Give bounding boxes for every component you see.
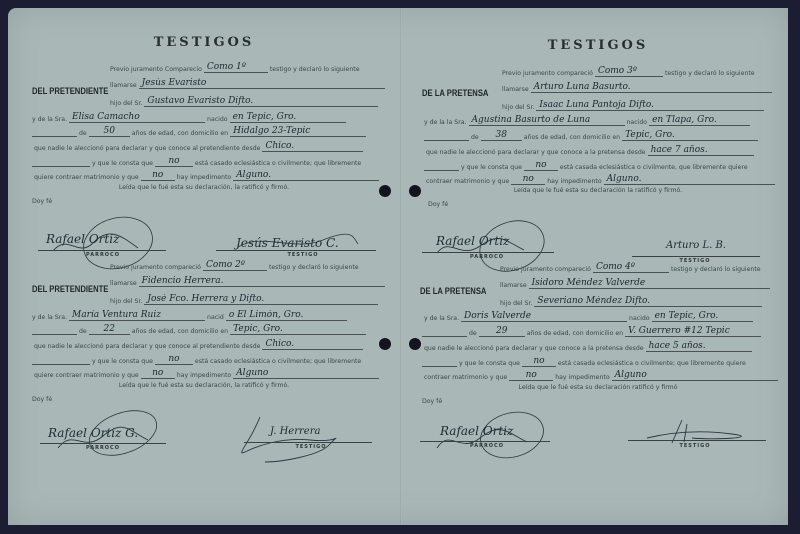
nacido-label: nacid <box>205 314 226 321</box>
madre-line: y de la Sra. María Ventura Ruiz nacid o … <box>30 310 347 321</box>
madre-field[interactable]: Agustina Basurto de Luna <box>469 115 625 126</box>
consta-label: y que le consta que <box>457 360 522 367</box>
edad-field[interactable]: 50 <box>89 126 130 137</box>
impedimento-label: hay impedimento <box>553 374 611 381</box>
domicilio-field[interactable]: Hidalgo 23-Tepic <box>230 126 366 137</box>
blank-field[interactable] <box>32 158 90 167</box>
impedimento-field[interactable]: Alguno. <box>604 174 775 185</box>
conoce-label: que nadie le aleccionó para declarar y q… <box>422 345 646 352</box>
doy-fe-label: Doy fé <box>32 198 52 205</box>
blank-field[interactable] <box>422 358 457 367</box>
madre-field[interactable]: Doris Valverde <box>461 311 627 322</box>
hijo-field[interactable]: Isaac Luna Pantoja Difto. <box>536 100 764 111</box>
witness-block-1: Previo juramento Comparecio Como 1º test… <box>8 8 400 238</box>
impedimento-label: hay impedimento <box>545 178 603 185</box>
testigo-label: testigo y declaró lo siguiente <box>267 264 361 271</box>
llamarse-label: llamarse <box>500 86 531 93</box>
blank-field[interactable] <box>424 162 459 171</box>
impedimento-label: hay impedimento <box>175 372 233 379</box>
llamarse-label: llamarse <box>108 82 139 89</box>
leida-text: Leída que le fué esta su declaración la … <box>402 187 794 194</box>
testigo-signature-line <box>244 442 372 443</box>
testigo-signature-line <box>628 440 766 441</box>
impedimento-label: hay impedimento <box>175 174 233 181</box>
blank-field[interactable] <box>422 328 467 337</box>
consta-line: y que le consta que no está casada ecles… <box>422 356 748 367</box>
conoce-line: que nadie le aleccionó para declarar y q… <box>424 145 754 156</box>
edad-field[interactable]: 22 <box>89 324 130 335</box>
de-label: de <box>467 330 479 337</box>
doy-fe-label: Doy fé <box>428 201 448 208</box>
consta-field[interactable]: no <box>522 356 556 367</box>
edad-line: de 29 años de edad, con domicilio en V. … <box>422 326 761 337</box>
llamarse-field[interactable]: Arturo Luna Basurto. <box>531 82 772 93</box>
llamarse-label: llamarse <box>498 282 529 289</box>
comparecio-field[interactable]: Como 1º <box>204 62 268 73</box>
previo-line: Previo juramento compareció Como 2º test… <box>108 260 361 271</box>
hijo-field[interactable]: Gustavo Evaristo Difto. <box>144 96 378 107</box>
testigo-label: testigo y declaró lo siguiente <box>268 66 362 73</box>
side-label: DEL PRETENDIENTE <box>32 86 108 96</box>
edad-line: de 22 años de edad, con domicilio en Tep… <box>32 324 366 335</box>
edad-field[interactable]: 38 <box>481 130 522 141</box>
consta-field[interactable]: no <box>524 160 558 171</box>
blank-field[interactable] <box>32 326 77 335</box>
edad-label: años de edad, con domicilio en <box>130 130 230 137</box>
hijo-line: hijo del Sr. Gustavo Evaristo Difto. <box>108 96 378 107</box>
hijo-label: hijo del Sr. <box>108 298 144 305</box>
edad-line: de 38 años de edad, con domicilio en Tep… <box>424 130 758 141</box>
parroco-caption: PARROCO <box>462 443 512 449</box>
madre-line: y de la Sra. Elisa Camacho nacido en Tep… <box>30 112 346 123</box>
left-page: TESTIGOS Previo juramento Comparecio Com… <box>8 8 400 525</box>
parroco-signature-line <box>420 441 550 442</box>
casado-label: está casada eclesiástica o civilmente, q… <box>558 164 750 171</box>
nacido-field[interactable]: en Tlapa, Gro. <box>649 115 750 126</box>
edad-label: años de edad, con domicilio en <box>522 134 622 141</box>
testigo-caption: TESTIGO <box>286 444 336 450</box>
consta-field[interactable]: no <box>155 354 193 365</box>
de-label: de <box>77 130 89 137</box>
previo-label: Previo juramento compareció <box>108 264 203 271</box>
consta-field[interactable]: no <box>155 156 193 167</box>
domicilio-field[interactable]: Tepic, Gro. <box>622 130 758 141</box>
hijo-line: hijo del Sr. Severiano Méndez Difto. <box>498 296 762 307</box>
consta-label: y que le consta que <box>90 160 155 167</box>
testigo-signature: J. Herrera <box>270 426 320 437</box>
edad-field[interactable]: 29 <box>479 326 525 337</box>
edad-label: años de edad, con domicilio en <box>525 330 625 337</box>
nacido-field[interactable]: en Tepic, Gro. <box>230 112 346 123</box>
previo-line: Previo juramento compareció Como 4º test… <box>498 262 763 273</box>
witness-block-2: Previo juramento compareció Como 2º test… <box>8 240 400 470</box>
nacido-label: nacido <box>205 116 230 123</box>
conoce-label: que nadie le aleccionó para declarar y q… <box>32 145 262 152</box>
quiere-label: quiere contraer matrimonio y que <box>32 372 141 379</box>
previo-label: Previo juramento compareció <box>500 70 595 77</box>
blank-field[interactable] <box>424 132 469 141</box>
parroco-signature: Rafael Ortiz G. <box>48 426 138 440</box>
conoce-label: que nadie le aleccionó para declarar y q… <box>32 343 262 350</box>
quiere-field[interactable]: no <box>511 174 545 185</box>
edad-label: años de edad, con domicilio en <box>130 328 230 335</box>
doy-fe-label: Doy fé <box>422 398 442 405</box>
testigo-caption: TESTIGO <box>670 443 720 449</box>
llamarse-field[interactable]: Jesús Evaristo <box>139 78 385 89</box>
llamarse-line: llamarse Isidoro Méndez Valverde <box>498 278 770 289</box>
conoce-line: que nadie le aleccionó para declarar y q… <box>422 341 752 352</box>
consta-line: y que le consta que no está casada ecles… <box>424 160 750 171</box>
de-label: de <box>469 134 481 141</box>
consta-line: y que le consta que no está casado ecles… <box>32 354 363 365</box>
side-label: DE LA PRETENSA <box>420 286 486 296</box>
madre-line: y de la la Sra. Agustina Basurto de Luna… <box>422 115 750 126</box>
edad-line: de 50 años de edad, con domicilio en Hid… <box>32 126 366 137</box>
hijo-field[interactable]: Severiano Méndez Difto. <box>534 296 762 307</box>
side-label: DE LA PRETENSA <box>422 88 488 98</box>
madre-label: y de la Sra. <box>30 314 69 321</box>
blank-field[interactable] <box>32 356 90 365</box>
previo-label: Previo juramento Comparecio <box>108 66 204 73</box>
quiere-label: contraer matrimonio y que <box>424 178 511 185</box>
impedimento-field[interactable]: Alguno. <box>233 170 379 181</box>
doy-fe-label: Doy fé <box>32 396 52 403</box>
consta-line: y que le consta que no está casado ecles… <box>32 156 363 167</box>
madre-label: y de la Sra. <box>30 116 69 123</box>
conoce-field[interactable]: hace 5 años. <box>646 341 752 352</box>
right-page: TESTIGOS Previo juramento compareció Com… <box>402 8 794 525</box>
comparecio-field[interactable]: Como 2º <box>203 260 267 271</box>
quiere-line: contraer matrimonio y que no hay impedim… <box>424 174 775 185</box>
casado-label: está casado eclesiástica o civilmente; q… <box>193 160 363 167</box>
conoce-field[interactable]: hace 7 años. <box>648 145 754 156</box>
de-label: de <box>77 328 89 335</box>
comparecio-field[interactable]: Como 3º <box>595 66 663 77</box>
llamarse-line: llamarse Arturo Luna Basurto. <box>500 82 772 93</box>
hijo-label: hijo del Sr. <box>108 100 144 107</box>
conoce-label: que nadie le aleccionó para declarar y q… <box>424 149 648 156</box>
side-label: DEL PRETENDIENTE <box>32 284 108 294</box>
consta-label: y que le consta que <box>90 358 155 365</box>
quiere-field[interactable]: no <box>141 170 175 181</box>
testigo-label: testigo y declaró lo siguiente <box>669 266 763 273</box>
conoce-line: que nadie le aleccionó para declarar y q… <box>32 141 363 152</box>
madre-line: y de la Sra. Doris Valverde nacido en Te… <box>422 311 753 322</box>
parroco-signature: Rafael Ortiz <box>440 424 513 438</box>
conoce-line: que nadie le aleccionó para declarar y q… <box>32 339 363 350</box>
llamarse-label: llamarse <box>108 280 139 287</box>
madre-label: y de la Sra. <box>422 315 461 322</box>
witness-block-3: Previo juramento compareció Como 3º test… <box>402 8 794 238</box>
hijo-label: hijo del Sr. <box>498 300 534 307</box>
hijo-line: hijo del Sr. Isaac Luna Pantoja Difto. <box>500 100 764 111</box>
domicilio-field[interactable]: Tepic, Gro. <box>230 324 366 335</box>
previo-label: Previo juramento compareció <box>498 266 593 273</box>
impedimento-field[interactable]: Alguno <box>612 370 778 381</box>
consta-label: y que le consta que <box>459 164 524 171</box>
quiere-field[interactable]: no <box>141 368 175 379</box>
nacido-field[interactable]: o El Limón, Gro. <box>226 310 347 321</box>
domicilio-field[interactable]: V. Guerrero #12 Tepic <box>625 326 761 337</box>
casado-label: está casado eclesiástica o civilmente; q… <box>193 358 363 365</box>
madre-field[interactable]: Elisa Camacho <box>69 112 205 123</box>
witness-block-4: Previo juramento compareció Como 4º test… <box>402 240 794 470</box>
llamarse-line: llamarse Fidencio Herrera. <box>108 276 385 287</box>
casado-label: está casada eclesiástica o civilmente; q… <box>556 360 748 367</box>
quiere-line: quiere contraer matrimonio y que no hay … <box>32 170 379 181</box>
hijo-line: hijo del Sr. José Fco. Herrera y Difto. <box>108 294 378 305</box>
previo-line: Previo juramento compareció Como 3º test… <box>500 66 757 77</box>
madre-field[interactable]: María Ventura Ruiz <box>69 310 205 321</box>
testigo-label: testigo y declaró lo siguiente <box>663 70 757 77</box>
quiere-field[interactable]: no <box>509 370 553 381</box>
quiere-line: contraer matrimonio y que no hay impedim… <box>422 370 778 381</box>
parroco-caption: PARROCO <box>78 445 128 451</box>
nacido-field[interactable]: en Tepic, Gro. <box>652 311 753 322</box>
conoce-field[interactable]: Chico. <box>262 141 363 152</box>
leida-text: Leída que le fué esta su declaración, la… <box>8 382 400 389</box>
impedimento-field[interactable]: Alguno <box>233 368 379 379</box>
leida-text: Leída que le fué esta su declaración, la… <box>8 184 400 191</box>
blank-field[interactable] <box>32 128 77 137</box>
quiere-label: quiere contraer matrimonio y que <box>32 174 141 181</box>
llamarse-line: llamarse Jesús Evaristo <box>108 78 385 89</box>
nacido-label: nacido <box>625 119 650 126</box>
hijo-label: hijo del Sr. <box>500 104 536 111</box>
madre-label: y de la la Sra. <box>422 119 469 126</box>
parroco-signature-line <box>40 443 166 444</box>
leida-text: Leída que le fué esta su declaración rat… <box>402 384 794 391</box>
llamarse-field[interactable]: Fidencio Herrera. <box>139 276 385 287</box>
conoce-field[interactable]: Chico. <box>262 339 363 350</box>
llamarse-field[interactable]: Isidoro Méndez Valverde <box>529 278 770 289</box>
parroco-signature-flourish <box>422 410 552 470</box>
quiere-line: quiere contraer matrimonio y que no hay … <box>32 368 379 379</box>
comparecio-field[interactable]: Como 4º <box>593 262 669 273</box>
nacido-label: nacido <box>627 315 652 322</box>
hijo-field[interactable]: José Fco. Herrera y Difto. <box>144 294 378 305</box>
previo-line: Previo juramento Comparecio Como 1º test… <box>108 62 362 73</box>
quiere-label: contraer matrimonio y que <box>422 374 509 381</box>
